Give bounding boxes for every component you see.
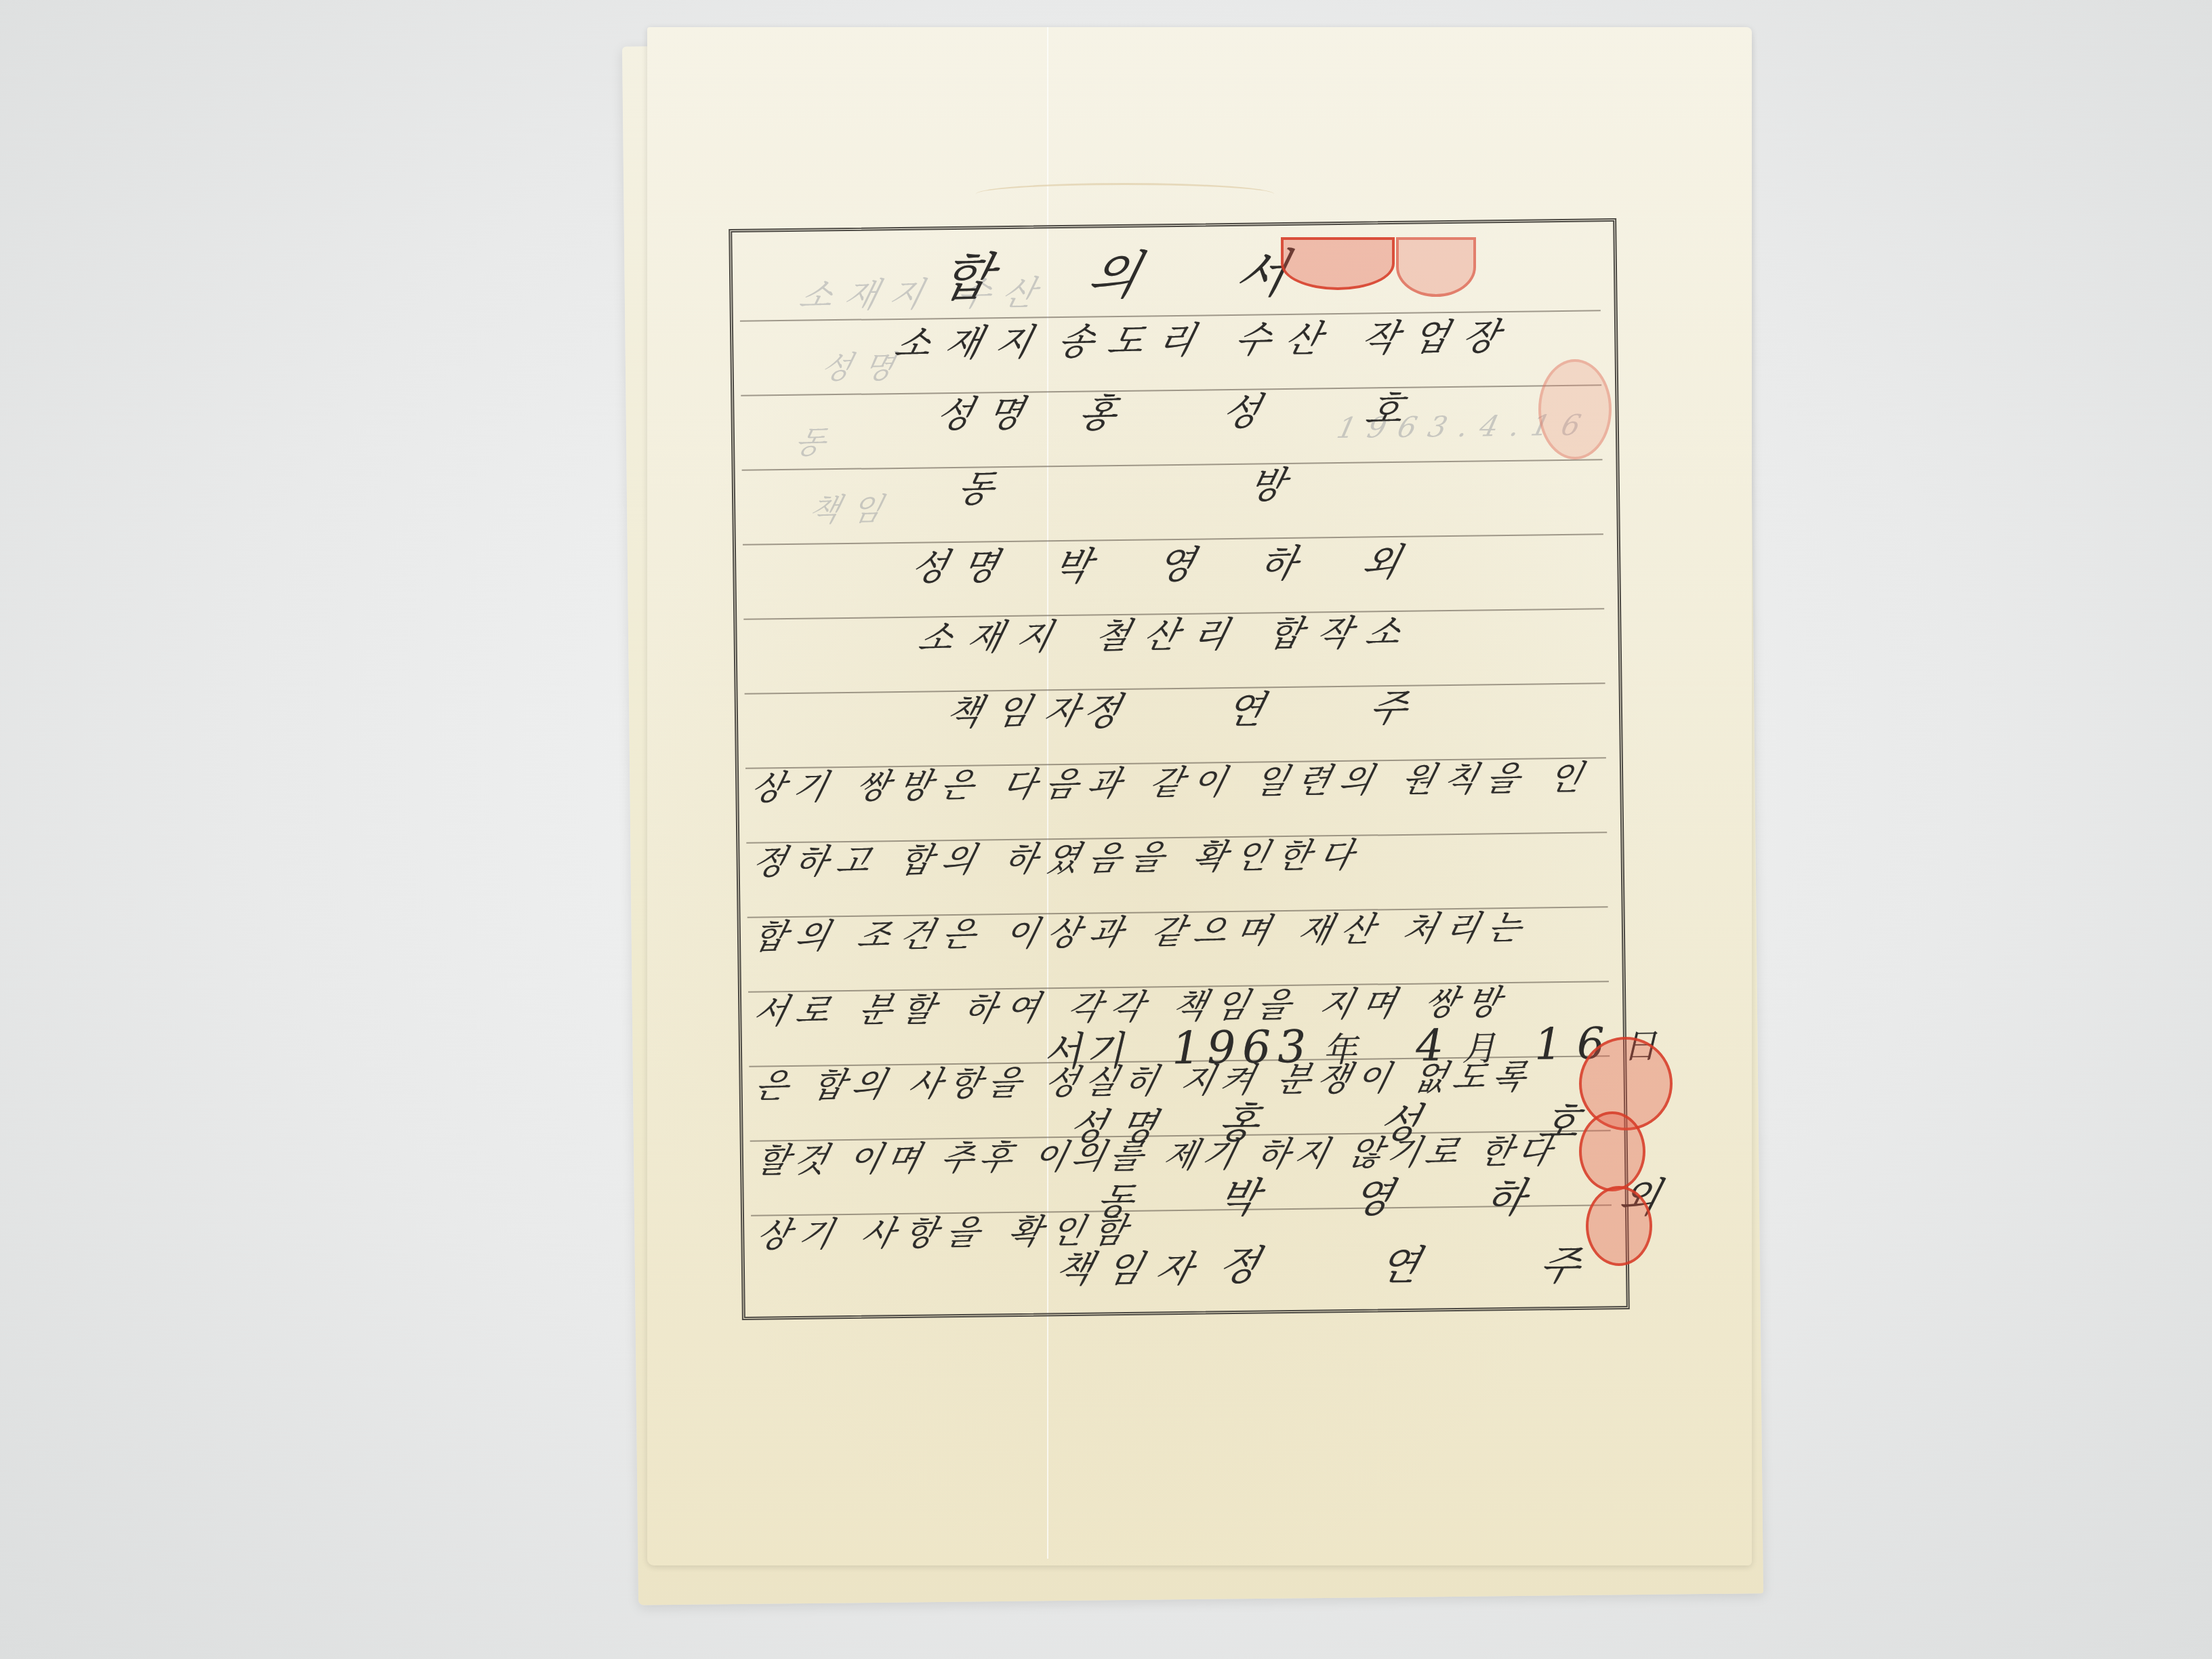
seal-stamp-top (1396, 237, 1476, 297)
header-line-label: 책임자 (942, 682, 1101, 735)
faint-text: 동 (790, 417, 843, 463)
header-line-value: 동 방 (953, 455, 1414, 512)
header-line-label: 성명 (906, 537, 1019, 591)
date-year-suffix: 年 (1323, 1030, 1372, 1070)
binding-string (976, 183, 1274, 205)
signatory-name: 홍 성 호 (1212, 1091, 1641, 1149)
document-title: 합 의 서 (934, 232, 1336, 310)
header-line-value: 철산리 합작소 (1090, 604, 1422, 659)
header-line-label: 소재지 (914, 608, 1073, 661)
header-line-value: 홍 성 호 (1073, 380, 1458, 438)
header-line-value: 송도리 수산 작업장 (1052, 308, 1520, 365)
seal-stamp-faded (1538, 359, 1612, 459)
date-month-suffix: 月 (1462, 1028, 1511, 1068)
signatory-role: 성명 (1064, 1098, 1178, 1150)
seal-stamp-top (1281, 237, 1395, 290)
header-line-value: 정 연 주 (1077, 678, 1461, 737)
date-prefix: 서기 (1044, 1027, 1128, 1075)
date-line: 서기 1963 年 4 月 16 日 (1044, 1013, 1564, 1076)
header-line-label: 소재지 (890, 313, 1053, 367)
signatory-name: 정 연 주 (1212, 1233, 1641, 1292)
date-year: 1963 (1172, 1021, 1313, 1075)
body-line: 상기 쌍방은 다음과 같이 일련의 원칙을 인 (747, 750, 1597, 809)
seal-stamp-signature (1579, 1111, 1645, 1191)
header-line-label: 성명 (931, 384, 1044, 438)
header-line-value: 박 영 하 외 (1048, 532, 1434, 591)
faint-text: 책임 (804, 485, 900, 531)
signatory-role: 책임자 (1050, 1240, 1214, 1292)
date-month: 4 (1416, 1021, 1459, 1071)
body-line: 합의 조건은 이상과 같으며 재산 처리는 (748, 901, 1536, 959)
seal-stamp-signature (1586, 1186, 1652, 1266)
body-line: 정하고 합의 하였음을 확인한다 (747, 828, 1369, 884)
